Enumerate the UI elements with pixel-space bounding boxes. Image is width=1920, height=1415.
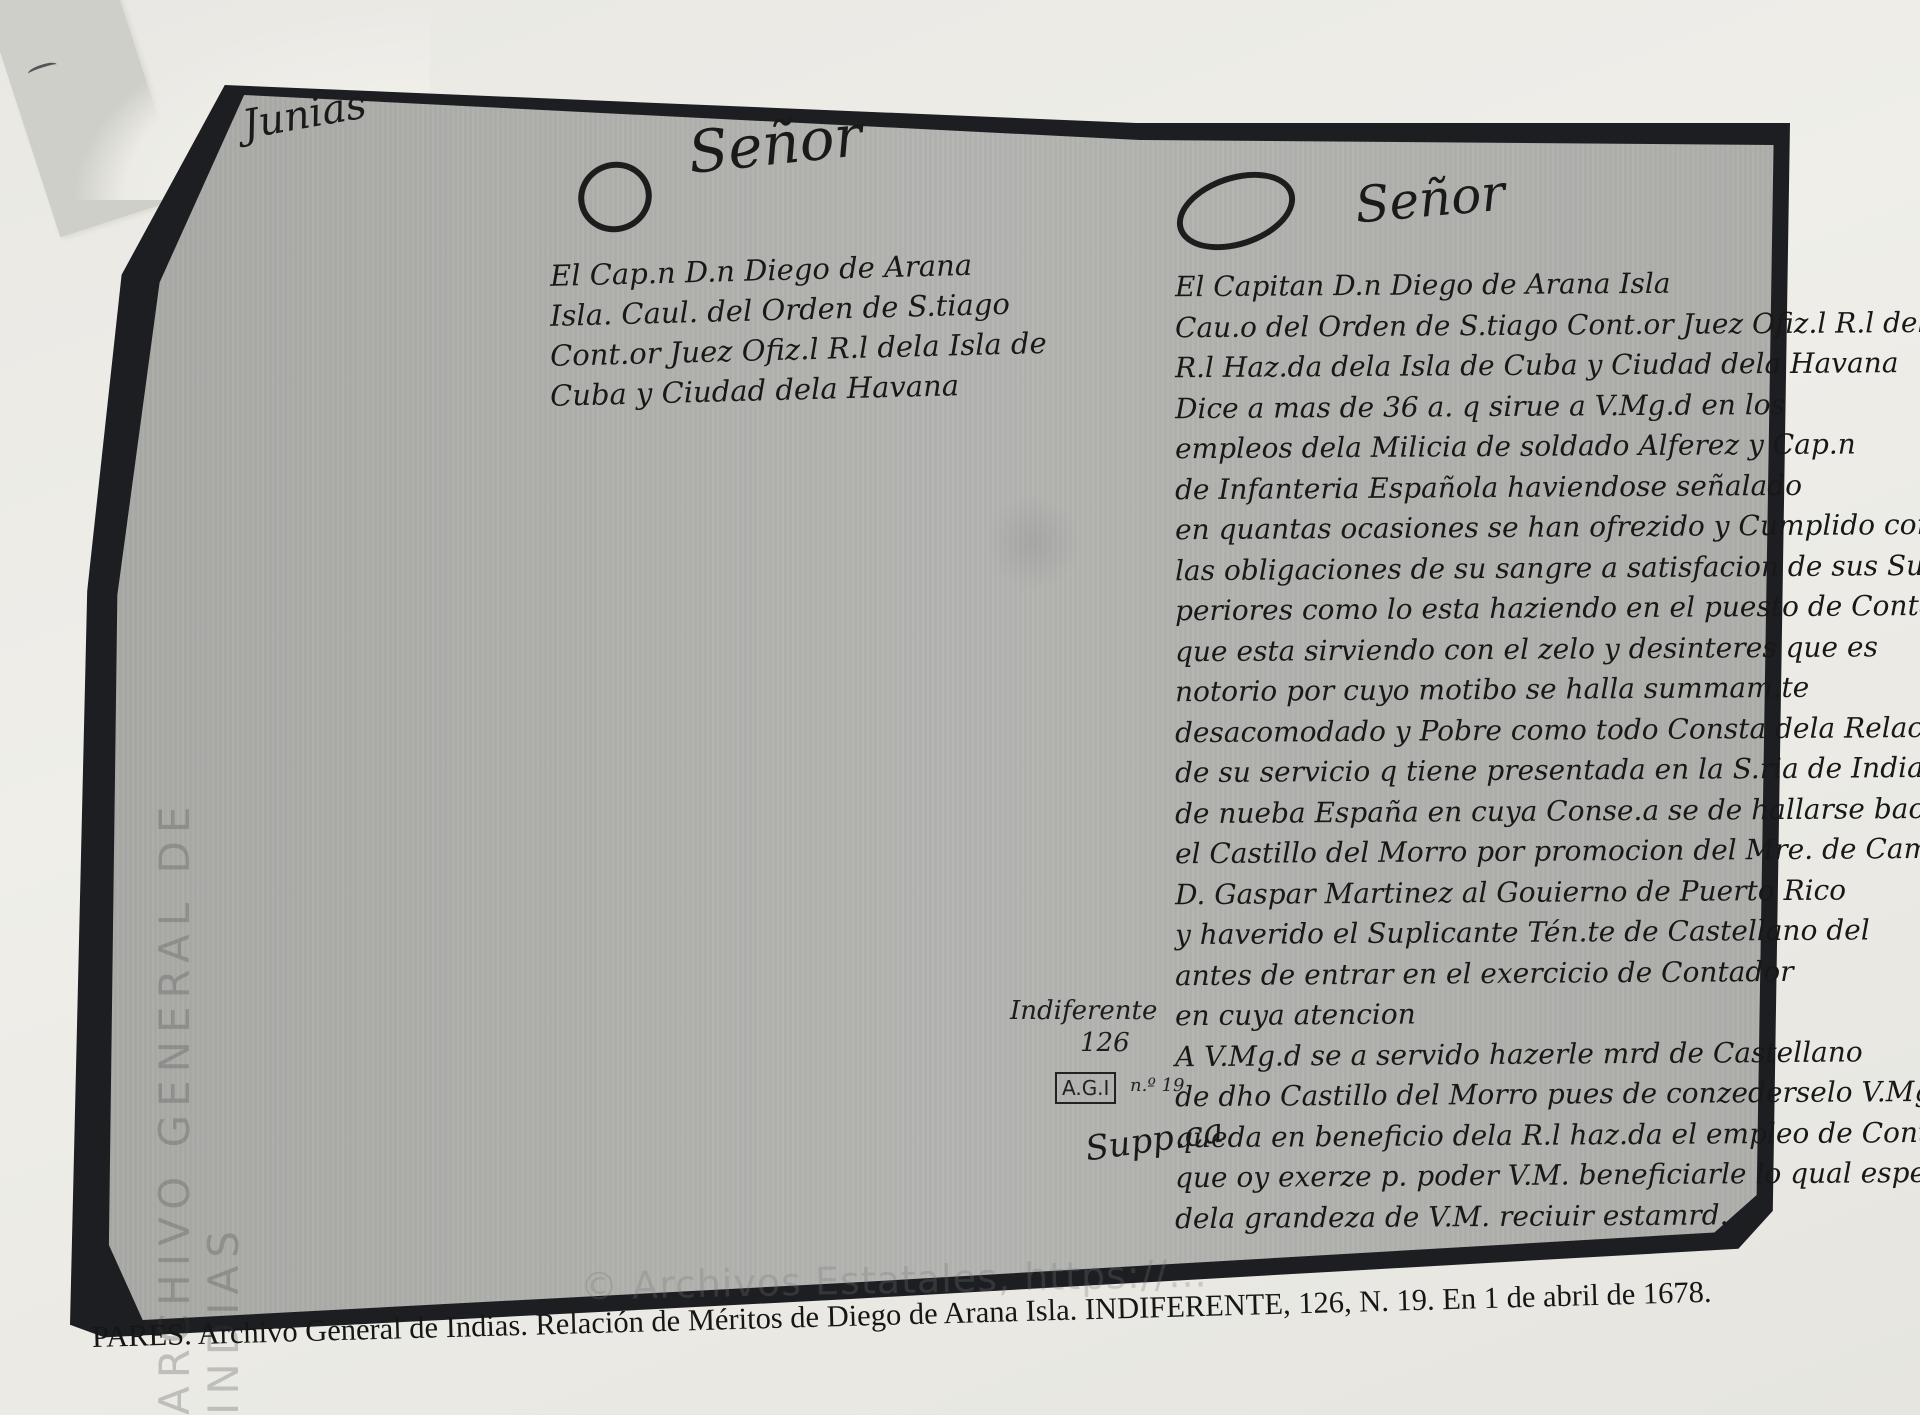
right-line: de nueba España en cuya Conse.a se de ha… bbox=[1175, 789, 1815, 834]
right-line: notorio por cuyo motibo se halla summam.… bbox=[1175, 668, 1815, 713]
right-line: queda en beneficio dela R.l haz.da el em… bbox=[1175, 1113, 1815, 1158]
margin-note-label: Indiferente bbox=[1010, 996, 1157, 1026]
faded-archive-stamp: ARCHIVO GENERAL DE INDIAS bbox=[150, 650, 248, 1415]
right-line: Cau.o del Orden de S.tiago Cont.or Juez … bbox=[1175, 303, 1815, 348]
right-line: El Capitan D.n Diego de Arana Isla bbox=[1175, 263, 1815, 308]
ink-mark bbox=[27, 60, 58, 78]
right-line: dela grandeza de V.M. reciuir estamrd. bbox=[1175, 1194, 1815, 1239]
right-column-text: El Capitan D.n Diego de Arana Isla Cau.o… bbox=[1175, 265, 1815, 1237]
margin-note: Indiferente 126 bbox=[1010, 995, 1157, 1059]
right-line: periores como lo esta haziendo en el pue… bbox=[1175, 587, 1815, 632]
right-line: de su servicio q tiene presentada en la … bbox=[1175, 749, 1815, 794]
agi-stamp-number: n.º 19 bbox=[1130, 1075, 1184, 1096]
right-line: de Infanteria Española haviendose señala… bbox=[1175, 465, 1815, 510]
right-line: que esta sirviendo con el zelo y desinte… bbox=[1175, 627, 1815, 672]
margin-note-number: 126 bbox=[1010, 1027, 1157, 1059]
right-line: y haverido el Suplicante Tén.te de Caste… bbox=[1175, 911, 1815, 956]
right-line: en quantas ocasiones se han ofrezido y C… bbox=[1175, 506, 1815, 551]
agi-stamp: A.G.I bbox=[1055, 1072, 1116, 1104]
right-line: que oy exerze p. poder V.M. beneficiarle… bbox=[1175, 1154, 1815, 1199]
right-line: D. Gaspar Martinez al Gouierno de Puerto… bbox=[1175, 870, 1815, 915]
right-line: las obligaciones de su sangre a satisfac… bbox=[1175, 546, 1815, 591]
left-column-text: El Cap.n D.n Diego de Arana Isla. Caul. … bbox=[550, 250, 1000, 410]
right-line: el Castillo del Morro por promocion del … bbox=[1175, 830, 1815, 875]
right-line: empleos dela Milicia de soldado Alferez … bbox=[1175, 425, 1815, 470]
ghost-seal bbox=[985, 495, 1080, 590]
right-line: R.l Haz.da dela Isla de Cuba y Ciudad de… bbox=[1175, 344, 1815, 389]
right-line: Dice a mas de 36 a. q sirue a V.Mg.d en … bbox=[1175, 384, 1815, 429]
right-line: en cuya atencion bbox=[1175, 992, 1815, 1037]
right-line: de dho Castillo del Morro pues de conzed… bbox=[1175, 1073, 1815, 1118]
right-line: desacomodado y Pobre como todo Consta de… bbox=[1175, 708, 1815, 753]
right-line: antes de entrar en el exercicio de Conta… bbox=[1175, 951, 1815, 996]
right-line: A V.Mg.d se a servido hazerle mrd de Cas… bbox=[1175, 1032, 1815, 1077]
